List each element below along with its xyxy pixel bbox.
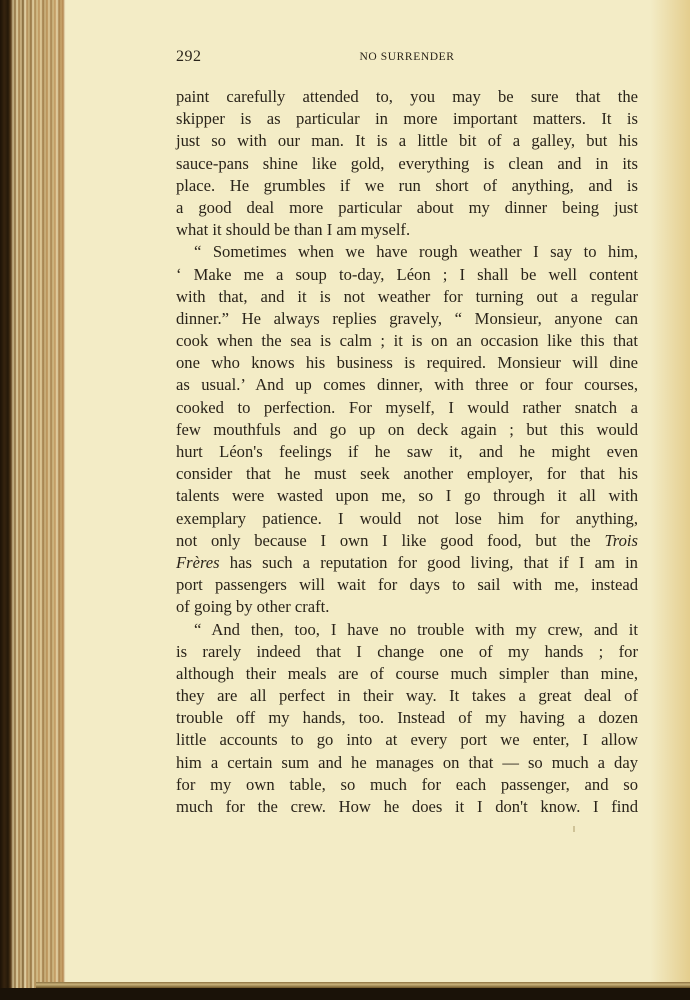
text-line: port passengers will wait for days to sa… (176, 574, 638, 596)
text-line: cooked to perfection. For myself, I woul… (176, 397, 638, 419)
text-line: talents were wasted upon me, so I go thr… (176, 485, 638, 507)
book-bottom-edge (36, 982, 690, 988)
text-line: “ And then, too, I have no trouble with … (176, 619, 638, 641)
book-page-edges (0, 0, 66, 988)
text-line: much for the crew. How he does it I don'… (176, 796, 638, 818)
paper-speck (573, 826, 575, 832)
text-line: place. He grumbles if we run short of an… (176, 175, 638, 197)
text-line: of going by other craft. (176, 596, 638, 618)
text-line: paint carefully attended to, you may be … (176, 86, 638, 108)
text-line: dinner.” He always replies gravely, “ Mo… (176, 308, 638, 330)
text-line: although their meals are of course much … (176, 663, 638, 685)
text-line: consider that he must seek another emplo… (176, 463, 638, 485)
text-fragment: has such a reputation for good living, t… (230, 553, 638, 572)
text-line: trouble off my hands, too. Instead of my… (176, 707, 638, 729)
text-line: “ Sometimes when we have rough weather I… (176, 241, 638, 263)
text-line: cook when the sea is calm ; it is on an … (176, 330, 638, 352)
book-scan: 292 NO SURRENDER paint carefully attende… (0, 0, 690, 988)
text-line: sauce-pans shine like gold, everything i… (176, 153, 638, 175)
text-line: just so with our man. It is a little bit… (176, 130, 638, 152)
text-line: a good deal more particular about my din… (176, 197, 638, 219)
running-head: 292 NO SURRENDER (176, 44, 638, 68)
italic-ship-name: Trois (604, 531, 638, 550)
text-line: with that, and it is not weather for tur… (176, 286, 638, 308)
text-line: few mouthfuls and go up on deck again ; … (176, 419, 638, 441)
text-line: they are all perfect in their way. It ta… (176, 685, 638, 707)
text-line: skipper is as particular in more importa… (176, 108, 638, 130)
text-line: for my own table, so much for each passe… (176, 774, 638, 796)
text-line: hurt Léon's feelings if he saw it, and h… (176, 441, 638, 463)
text-line: not only because I own I like good food,… (176, 530, 638, 552)
text-line: as usual.’ And up comes dinner, with thr… (176, 374, 638, 396)
text-line: one who knows his business is required. … (176, 352, 638, 374)
text-fragment: not only because I own I like good food,… (176, 531, 591, 550)
text-line: him a certain sum and he manages on that… (176, 752, 638, 774)
running-title: NO SURRENDER (176, 51, 638, 63)
book-page: 292 NO SURRENDER paint carefully attende… (176, 44, 638, 818)
text-line: what it should be than I am myself. (176, 219, 638, 241)
text-line: exemplary patience. I would not lose him… (176, 508, 638, 530)
page-gutter-shade (650, 0, 690, 988)
text-line: is rarely indeed that I change one of my… (176, 641, 638, 663)
text-line: Frères has such a reputation for good li… (176, 552, 638, 574)
text-line: little accounts to go into at every port… (176, 729, 638, 751)
body-text: paint carefully attended to, you may be … (176, 86, 638, 818)
italic-ship-name: Frères (176, 553, 220, 572)
text-line: ‘ Make me a soup to-day, Léon ; I shall … (176, 264, 638, 286)
